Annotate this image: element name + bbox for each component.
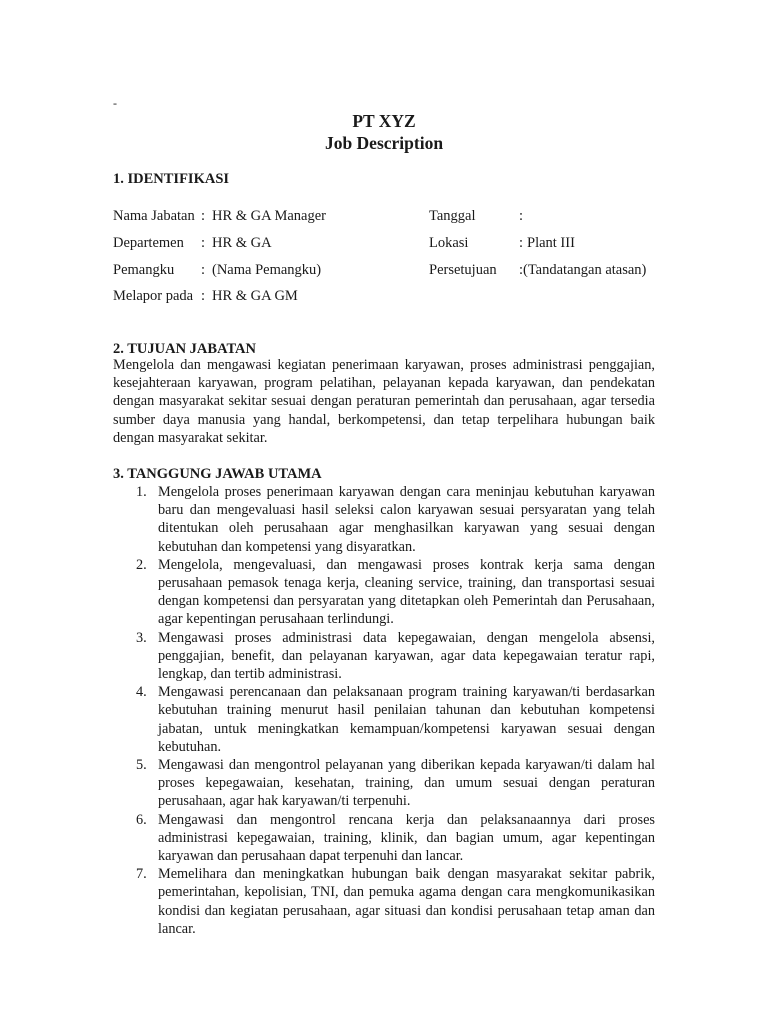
field-value: (Nama Pemangku): [212, 261, 321, 279]
list-item-text: Mengawasi dan mengontrol rencana kerja d…: [158, 812, 655, 864]
field-colon: :: [201, 234, 205, 252]
list-item: 3. Mengawasi proses administrasi data ke…: [113, 629, 655, 684]
list-item: 7. Memelihara dan meningkatkan hubungan …: [113, 865, 655, 938]
list-item: 6. Mengawasi dan mengontrol rencana kerj…: [113, 811, 655, 866]
list-item-number: 2.: [136, 556, 147, 574]
page-marker: -: [113, 96, 117, 110]
list-item-text: Mengawasi dan mengontrol pelayanan yang …: [158, 757, 655, 809]
field-colon: :: [519, 234, 523, 252]
field-label: Lokasi: [429, 234, 468, 252]
list-item: 4. Mengawasi perencanaan dan pelaksanaan…: [113, 683, 655, 756]
field-label: Departemen: [113, 234, 184, 252]
field-value: Plant III: [527, 234, 575, 252]
field-label: Nama Jabatan: [113, 207, 195, 225]
list-item-number: 4.: [136, 683, 147, 701]
field-value: HR & GA Manager: [212, 207, 326, 225]
list-item-text: Mengawasi perencanaan dan pelaksanaan pr…: [158, 684, 655, 755]
list-item-text: Mengelola, mengevaluasi, dan mengawasi p…: [158, 557, 655, 628]
section-heading-identifikasi: 1. IDENTIFIKASI: [113, 170, 229, 188]
field-colon: :: [201, 287, 205, 305]
list-item-text: Mengawasi proses administrasi data kepeg…: [158, 630, 655, 682]
list-item-number: 1.: [136, 483, 147, 501]
field-label: Persetujuan: [429, 261, 497, 279]
tujuan-jabatan-paragraph: Mengelola dan mengawasi kegiatan penerim…: [113, 356, 655, 447]
responsibility-list: 1. Mengelola proses penerimaan karyawan …: [113, 483, 655, 938]
company-name: PT XYZ: [0, 110, 768, 132]
list-item-number: 5.: [136, 756, 147, 774]
field-value: HR & GA: [212, 234, 272, 252]
list-item-number: 6.: [136, 811, 147, 829]
field-value: (Tandatangan atasan): [523, 261, 646, 279]
field-label: Pemangku: [113, 261, 174, 279]
list-item-text: Memelihara dan meningkatkan hubungan bai…: [158, 866, 655, 937]
list-item-number: 7.: [136, 865, 147, 883]
field-colon: :: [519, 207, 523, 225]
field-label: Melapor pada: [113, 287, 193, 305]
field-colon: :: [201, 261, 205, 279]
list-item: 5. Mengawasi dan mengontrol pelayanan ya…: [113, 756, 655, 811]
list-item-number: 3.: [136, 629, 147, 647]
section-heading-tanggung-jawab: 3. TANGGUNG JAWAB UTAMA: [113, 465, 322, 483]
list-item-text: Mengelola proses penerimaan karyawan den…: [158, 484, 655, 555]
list-item: 1. Mengelola proses penerimaan karyawan …: [113, 483, 655, 556]
field-colon: :: [201, 207, 205, 225]
list-item: 2. Mengelola, mengevaluasi, dan mengawas…: [113, 556, 655, 629]
field-label: Tanggal: [429, 207, 476, 225]
field-value: HR & GA GM: [212, 287, 298, 305]
document-title: Job Description: [0, 132, 768, 154]
